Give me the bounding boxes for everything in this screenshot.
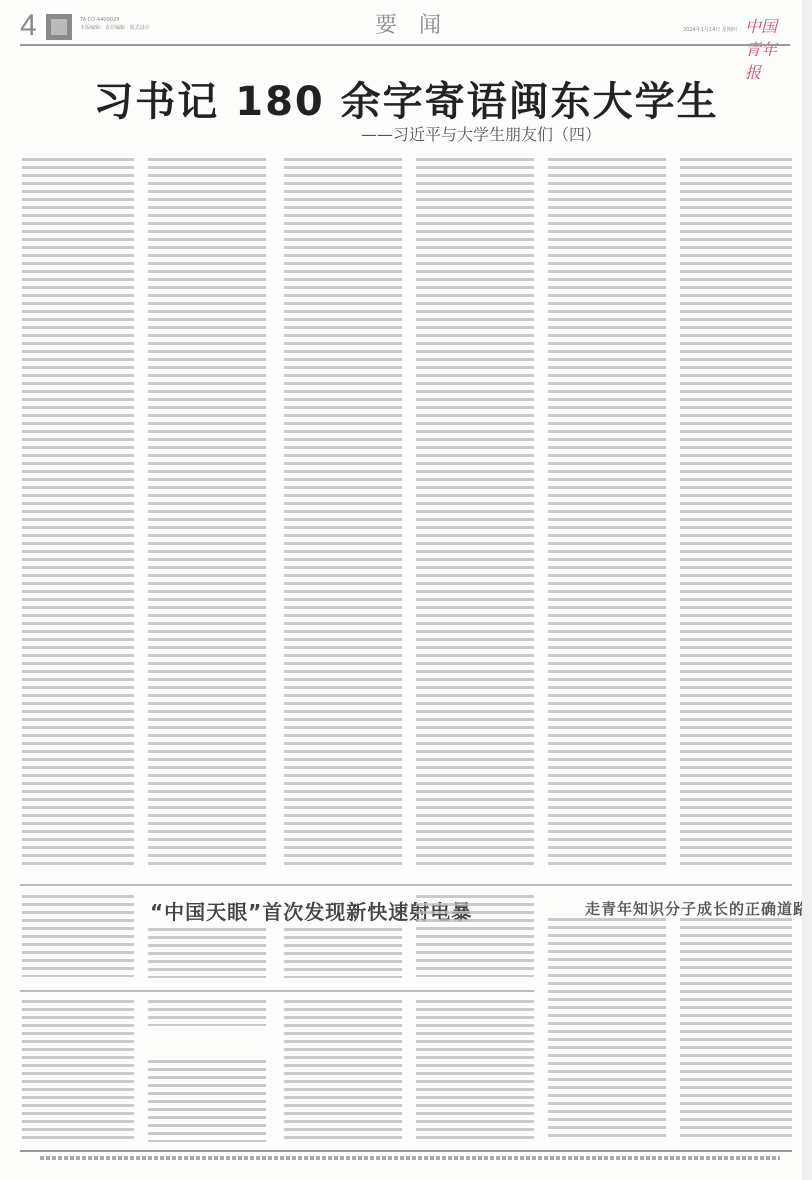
- article-subheadline: ——习近平与大学生朋友们（四）: [0, 122, 812, 145]
- article2-column-a: [148, 928, 266, 978]
- article2-intro-column: [22, 895, 134, 977]
- page-header: 4 TA:CO-4400023 本版编辑：责任编辑 · 版式设计 要闻 2024…: [20, 8, 790, 44]
- article2-column-b: [284, 928, 402, 978]
- text-column-5: [548, 158, 666, 870]
- text-column-1: [22, 158, 134, 870]
- article2-column-c: [416, 895, 534, 977]
- article2-lower-column-4: [416, 1000, 534, 1142]
- meta-line-2: 本版编辑：责任编辑 · 版式设计: [80, 24, 150, 32]
- section-title: 要闻: [375, 8, 463, 44]
- text-column-3: [284, 158, 402, 870]
- qr-code-icon: [46, 14, 72, 40]
- issue-date: 2024年1月14日 星期四: [683, 26, 737, 33]
- newspaper-page: 4 TA:CO-4400023 本版编辑：责任编辑 · 版式设计 要闻 2024…: [0, 0, 812, 1180]
- article3-column-b: [680, 918, 792, 1142]
- article2-divider: [20, 990, 534, 992]
- article3-column-a: [548, 918, 666, 1142]
- page-meta: TA:CO-4400023 本版编辑：责任编辑 · 版式设计: [80, 16, 150, 32]
- footer-imprint: [40, 1156, 780, 1160]
- text-column-2: [148, 158, 266, 870]
- page-edge: [802, 0, 812, 1180]
- text-column-4: [416, 158, 534, 870]
- meta-line-1: TA:CO-4400023: [80, 16, 150, 24]
- text-column-6: [680, 158, 792, 870]
- footer-rule: [20, 1150, 792, 1152]
- article-headline: 习书记 180 余字寄语闽东大学生: [0, 70, 812, 127]
- article2-lower-column-2: [148, 1000, 266, 1026]
- article2-lower-column-1: [22, 1000, 134, 1142]
- page-number: 4: [20, 8, 37, 44]
- article2-lower-column-2b: [148, 1060, 266, 1142]
- section-divider: [20, 884, 792, 886]
- article3-title: 走青年知识分子成长的正确道路: [585, 898, 809, 919]
- article2-lower-column-3: [284, 1000, 402, 1142]
- header-rule: [20, 44, 790, 46]
